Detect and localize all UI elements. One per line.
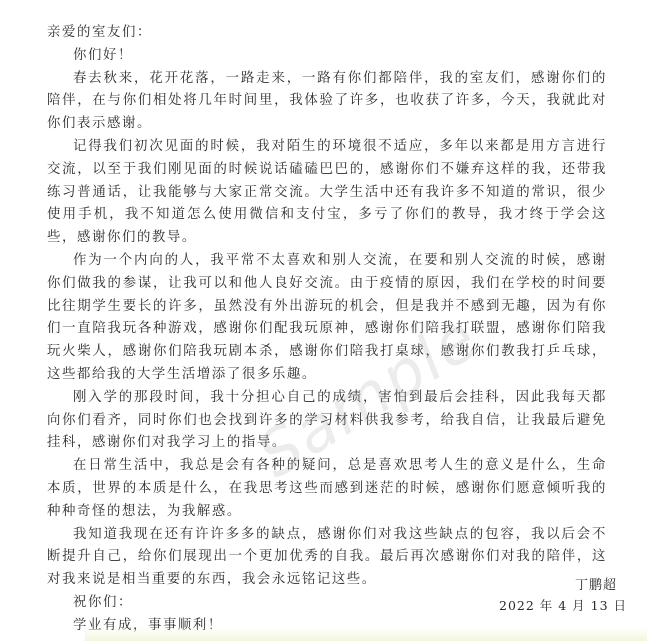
letter-body: 亲爱的室友们： 你们好！ 春去秋来，花开花落，一路走来，一路有你们都陪伴，我的室… <box>47 22 607 638</box>
paragraph-first-meeting: 记得我们初次见面的时候，我对陌生的环境很不适应，多年以来都是用方言进行交流，以至… <box>47 136 607 250</box>
greeting: 你们好！ <box>47 45 607 68</box>
paragraph-introvert: 作为一个内向的人，我平常不太喜欢和别人交流，在要和别人交流的时候，感谢你们做我的… <box>47 250 607 387</box>
paragraph-study: 刚入学的那段时间，我十分担心自己的成绩，害怕到最后会挂科，因此我每天都向你们看齐… <box>47 387 607 455</box>
bottom-edge-tint <box>85 627 647 641</box>
paragraph-gratitude-intro: 春去秋来，花开花落，一路走来，一路有你们都陪伴，我的室友们，感谢你们的陪伴，在与… <box>47 68 607 136</box>
signature: 丁鹏超 <box>575 574 617 593</box>
salutation: 亲爱的室友们： <box>47 22 607 45</box>
paragraph-daily-life: 在日常生活中，我总是会有各种的疑问，总是喜欢思考人生的意义是什么，生命本质，世界… <box>47 455 607 523</box>
paragraph-shortcomings: 我知道我现在还有许许多多的缺点，感谢你们对我这些缺点的包容，我以后会不断提升自己… <box>47 524 607 592</box>
letter-page: 亲爱的室友们： 你们好！ 春去秋来，花开花落，一路走来，一路有你们都陪伴，我的室… <box>0 0 647 641</box>
letter-date: 2022 年 4 月 13 日 <box>499 596 627 614</box>
